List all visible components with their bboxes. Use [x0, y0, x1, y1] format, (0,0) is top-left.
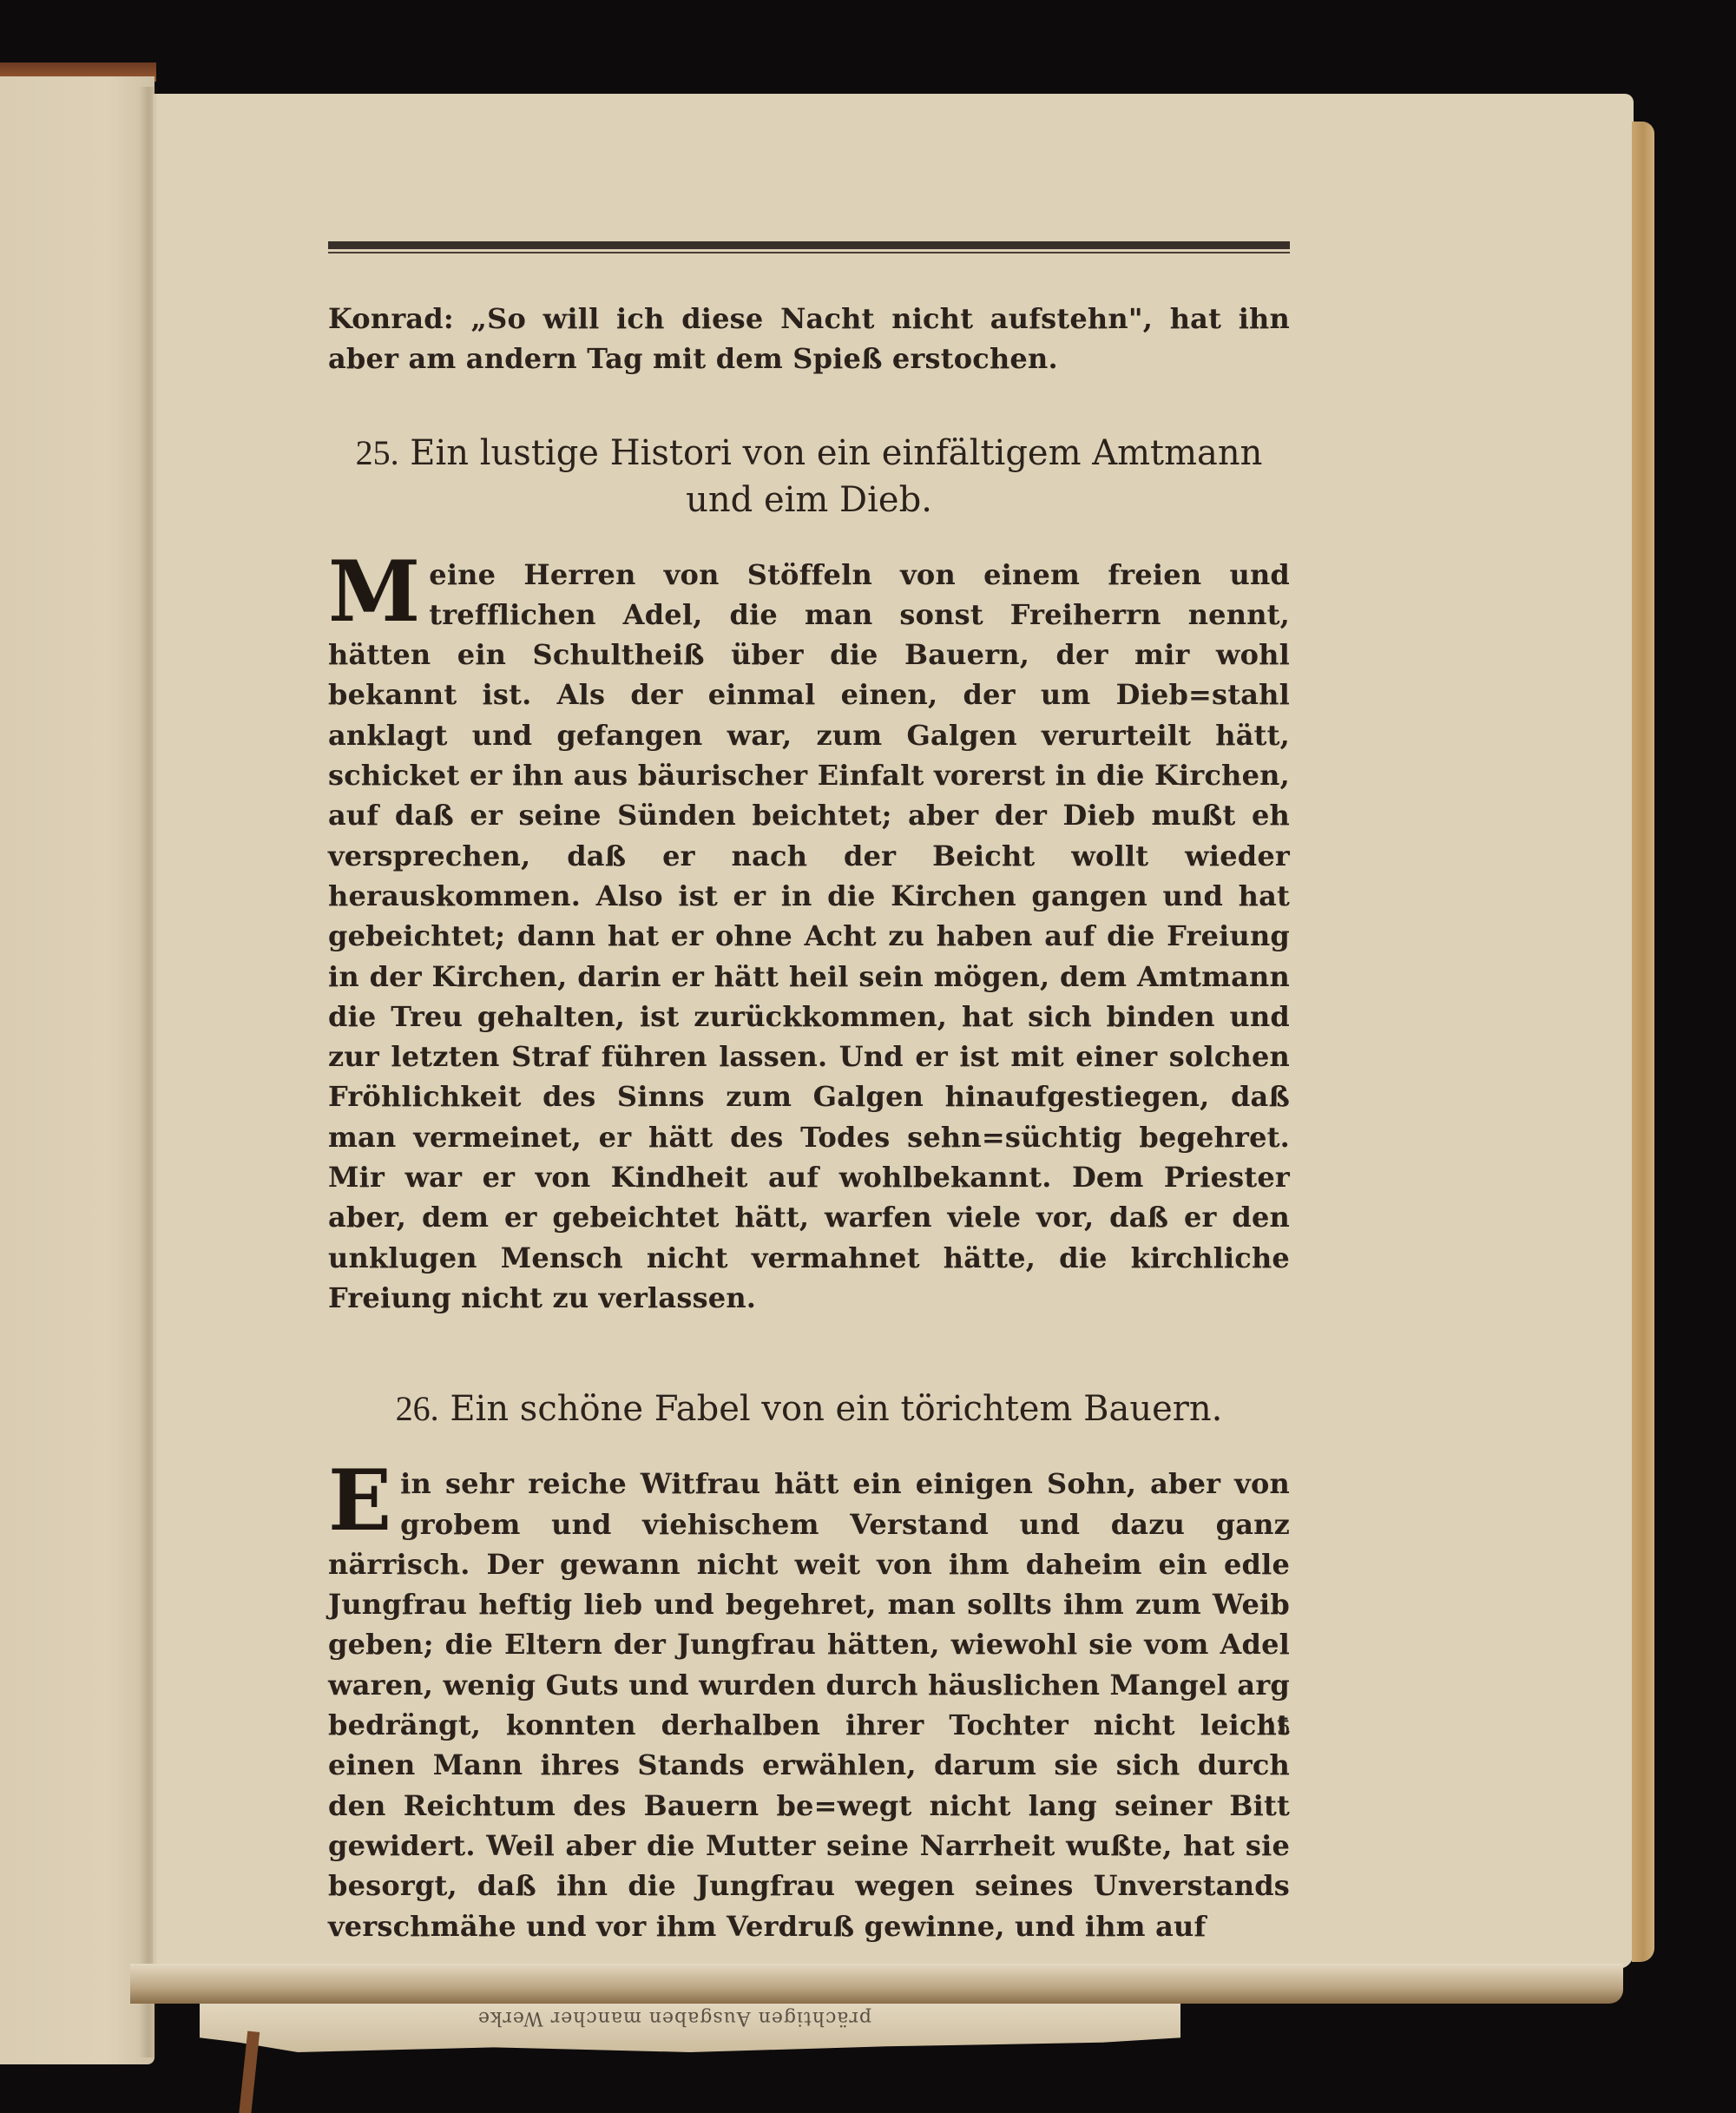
story-26-heading: 26. Ein schöne Fabel von ein törichtem B… [328, 1386, 1290, 1432]
story-title-line2: und eim Dieb. [686, 480, 932, 520]
story-26-body: E in sehr reiche Witfrau hätt ein einige… [328, 1464, 1290, 1946]
text-block: Konrad: „So will ich diese Nacht nicht a… [328, 241, 1290, 1946]
story-title-line1: Ein lustige Histori von ein einfältigem … [410, 433, 1262, 473]
left-page [0, 76, 155, 2064]
story-paragraph: eine Herren von Stöffeln von einem freie… [328, 555, 1290, 1319]
story-25-body: M eine Herren von Stöffeln von einem fre… [328, 555, 1290, 1319]
bookmark-ribbon [239, 2031, 260, 2113]
mirrored-strip-text: prächtigen Ausgaben mancher Werke [477, 2007, 871, 2029]
drop-cap: E [328, 1465, 391, 1537]
page-bottom-edge [130, 1964, 1623, 2004]
header-rule-thick [328, 241, 1290, 249]
story-25-heading: 25. Ein lustige Histori von ein einfälti… [328, 430, 1290, 523]
torn-paper-strip: prächtigen Ausgaben mancher Werke [200, 2004, 1180, 2052]
book-gutter [139, 87, 158, 2057]
continuation-paragraph: Konrad: „So will ich diese Nacht nicht a… [328, 299, 1290, 379]
drop-cap: M [328, 556, 420, 628]
story-number: 25. [356, 433, 399, 472]
page-number: 15 [1264, 1712, 1290, 1741]
story-number: 26. [396, 1389, 439, 1428]
story-paragraph: in sehr reiche Witfrau hätt ein einigen … [328, 1464, 1290, 1946]
header-rule-thin [328, 252, 1290, 253]
story-title-line1: Ein schöne Fabel von ein törichtem Bauer… [450, 1389, 1222, 1429]
page-fore-edge [1632, 122, 1654, 1962]
